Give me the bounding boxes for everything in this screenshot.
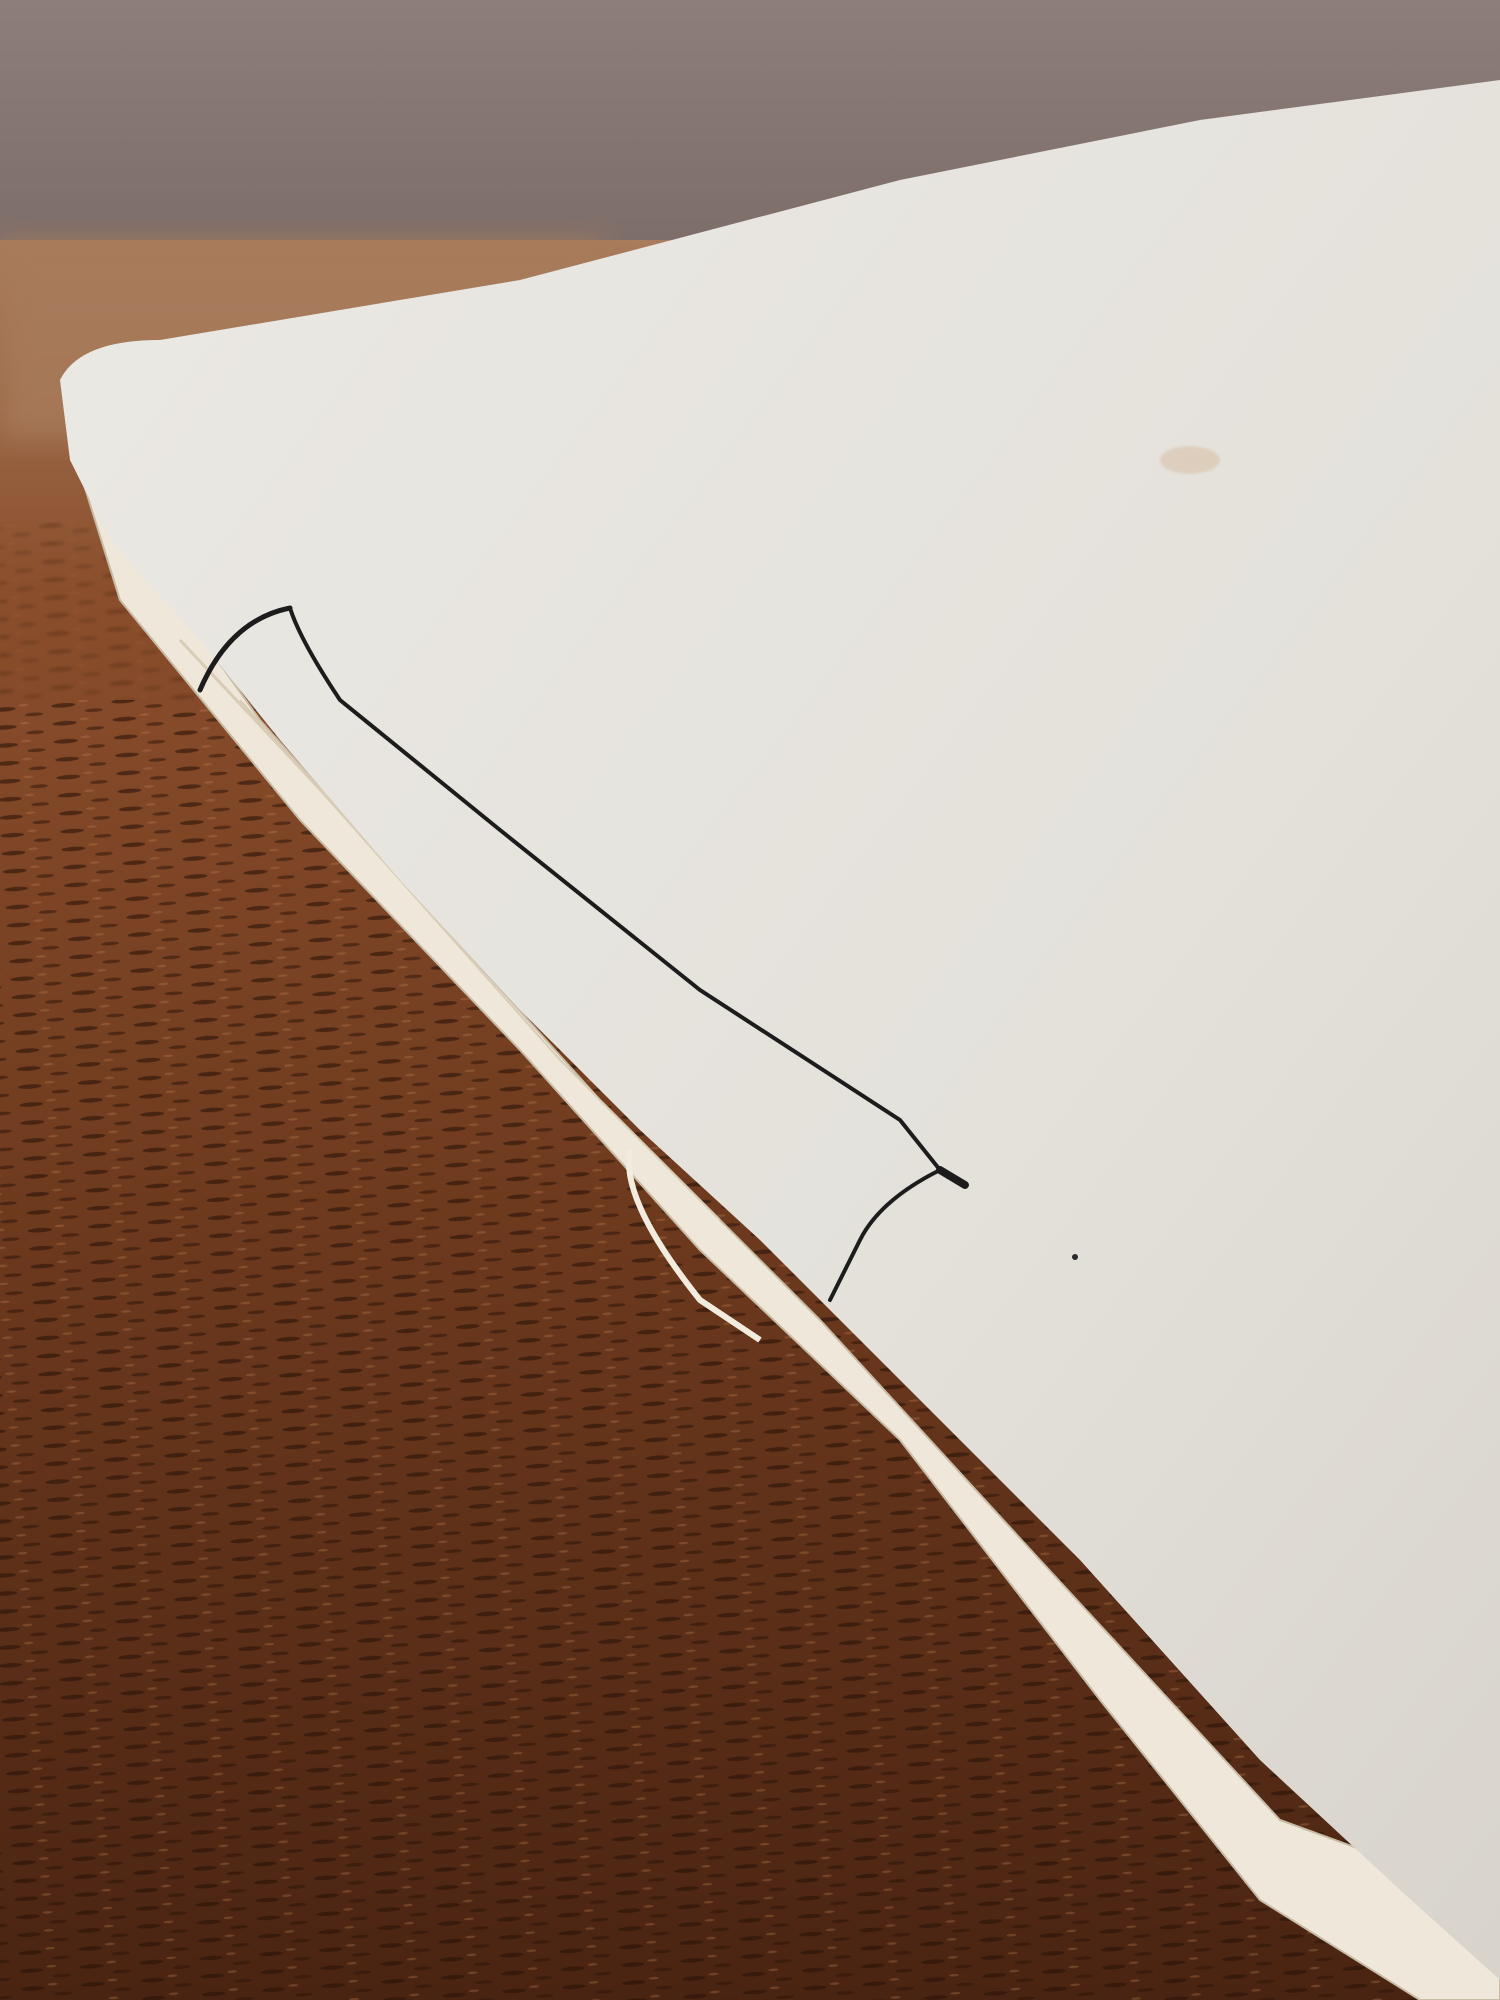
photo-scene: Close-up photograph of a stitch-bound cr… (0, 0, 1500, 2000)
photo-illustration (0, 0, 1500, 2000)
